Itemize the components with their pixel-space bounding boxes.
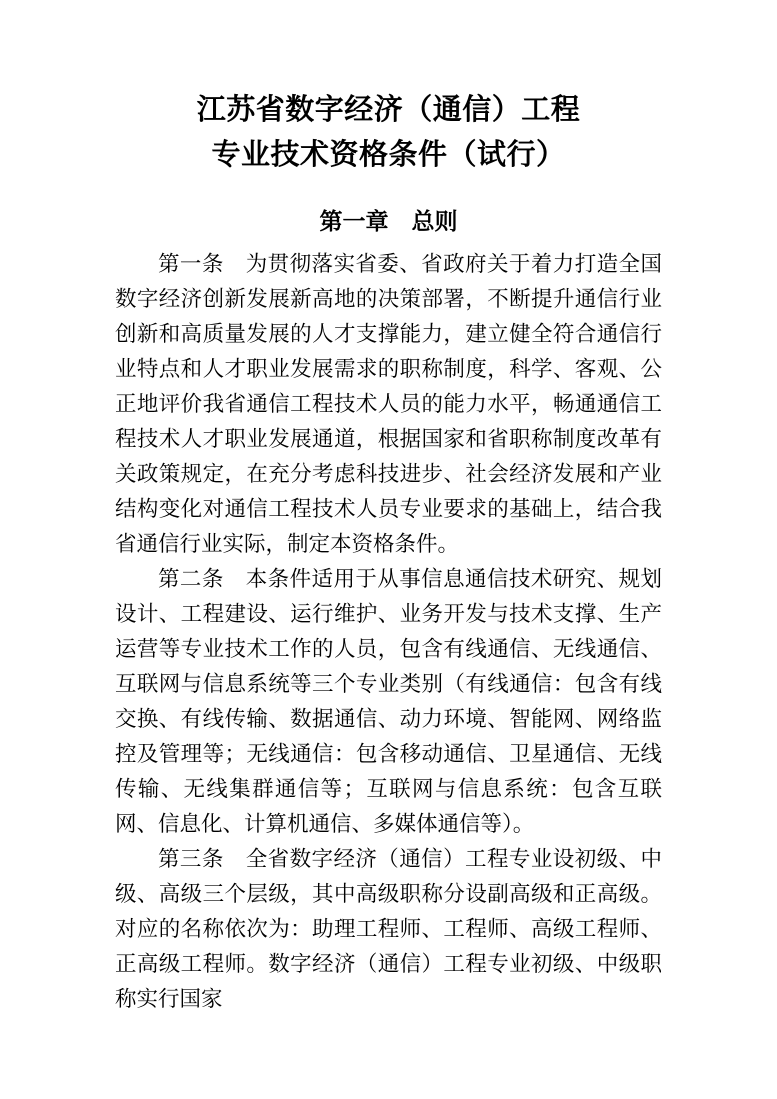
document-page: 江苏省数字经济（通信）工程 专业技术资格条件（试行） 第一章 总则 第一条 为贯… bbox=[0, 0, 777, 1099]
document-title-line1: 江苏省数字经济（通信）工程 bbox=[115, 88, 662, 133]
chapter-heading: 第一章 总则 bbox=[115, 204, 662, 239]
document-body: 第一条 为贯彻落实省委、省政府关于着力打造全国数字经济创新发展新高地的决策部署，… bbox=[115, 247, 662, 1017]
document-title-line2: 专业技术资格条件（试行） bbox=[115, 133, 662, 178]
article-paragraph-1: 第一条 为贯彻落实省委、省政府关于着力打造全国数字经济创新发展新高地的决策部署，… bbox=[115, 247, 662, 562]
article-paragraph-3: 第三条 全省数字经济（通信）工程专业设初级、中级、高级三个层级，其中高级职称分设… bbox=[115, 842, 662, 1017]
article-paragraph-2: 第二条 本条件适用于从事信息通信技术研究、规划设计、工程建设、运行维护、业务开发… bbox=[115, 562, 662, 842]
document-title: 江苏省数字经济（通信）工程 专业技术资格条件（试行） bbox=[115, 88, 662, 178]
